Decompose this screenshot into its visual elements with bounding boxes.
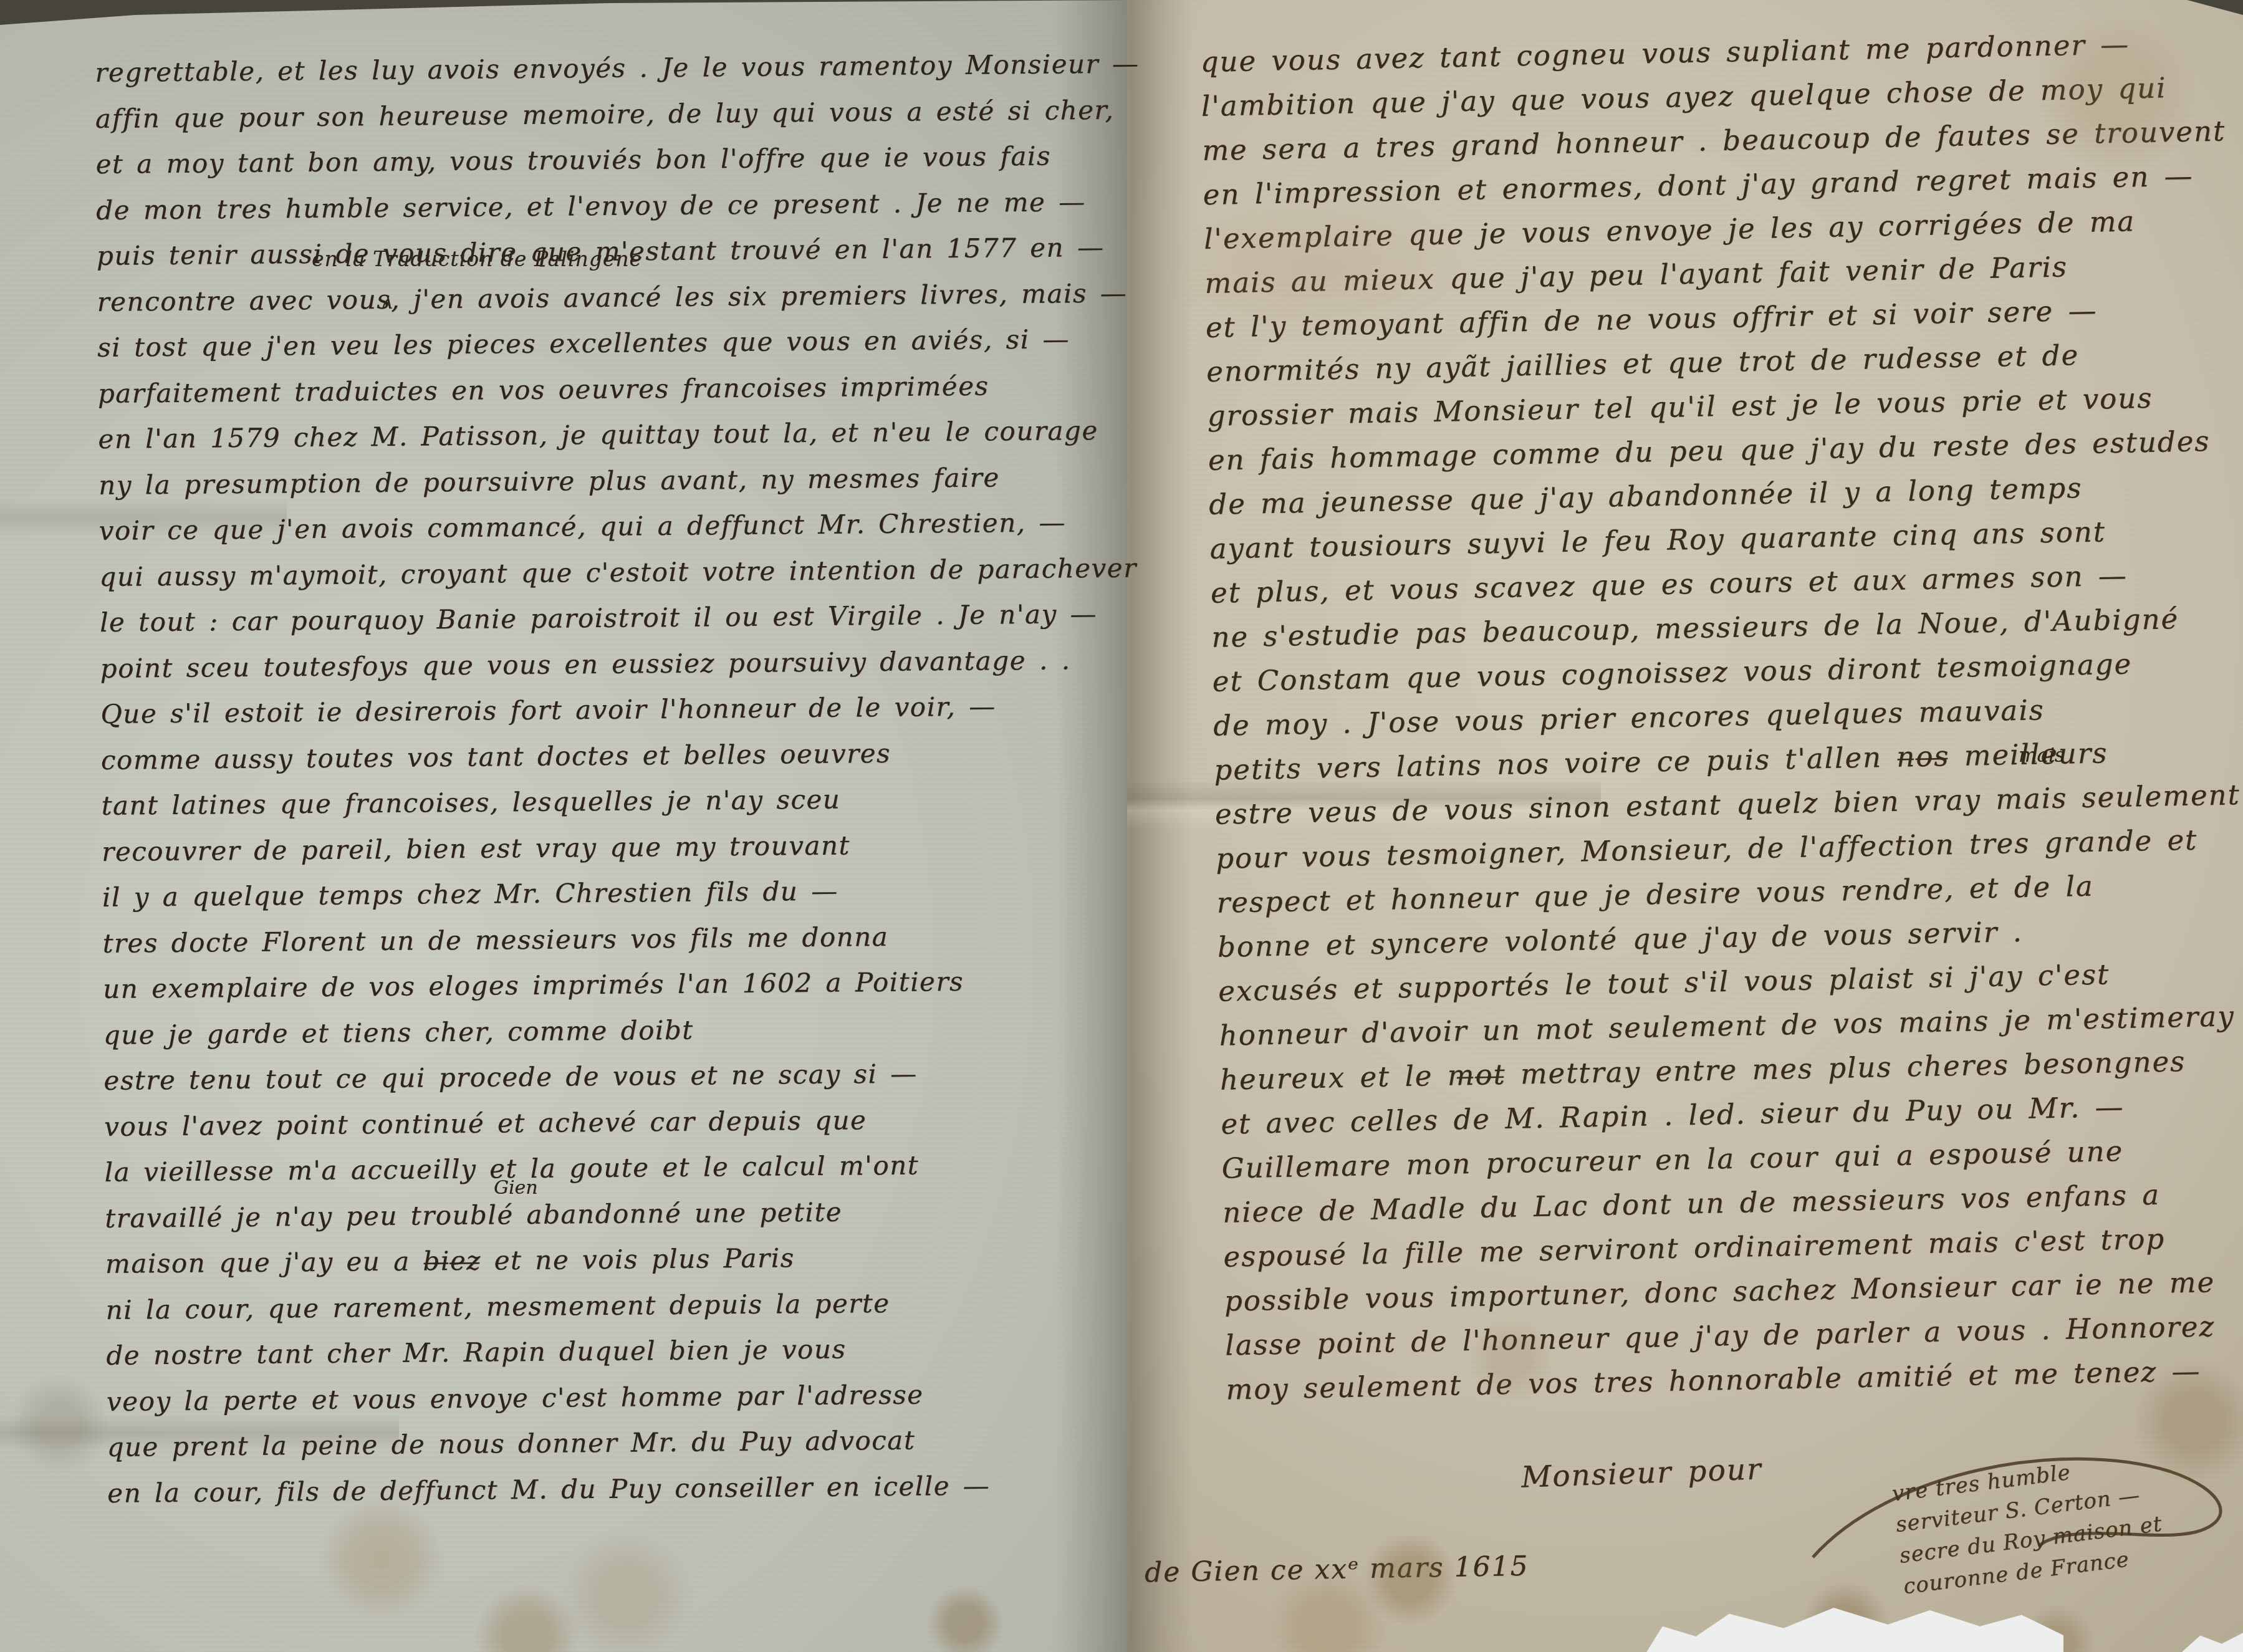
manuscript-line: en l'an 1579 chez M. Patisson, je quitta… <box>98 407 1143 462</box>
manuscript-line: en la cour, fils de deffunct M. du Puy c… <box>107 1461 1152 1516</box>
manuscript-line: Que s'il estoit ie desirerois fort avoir… <box>100 682 1145 737</box>
interline-insertion-palingene: en la Traduction de Palingene <box>312 247 642 271</box>
insertion-caret-mark: ʌ <box>382 292 392 314</box>
interline-insertion-gien: Gien <box>494 1177 538 1199</box>
manuscript-line: voir ce que j'en avois commancé, qui a d… <box>98 499 1143 554</box>
dateline: de Gien ce xxᵉ mars 1615 <box>1145 1550 1529 1589</box>
manuscript-line: si tost que j'en veu les pieces excellen… <box>97 315 1142 370</box>
manuscript-line: le tout : car pourquoy Banie paroistroit… <box>100 590 1145 645</box>
manuscript-line: et a moy tant bon amy, vous trouviés bon… <box>95 132 1140 187</box>
manuscript-line: regrettable, et les luy avois envoyés . … <box>95 41 1140 95</box>
right-page-text: que vous avez tant cogneu vous supliant … <box>1200 20 2243 1411</box>
interline-insertion-mais: mais <box>2019 744 2065 767</box>
